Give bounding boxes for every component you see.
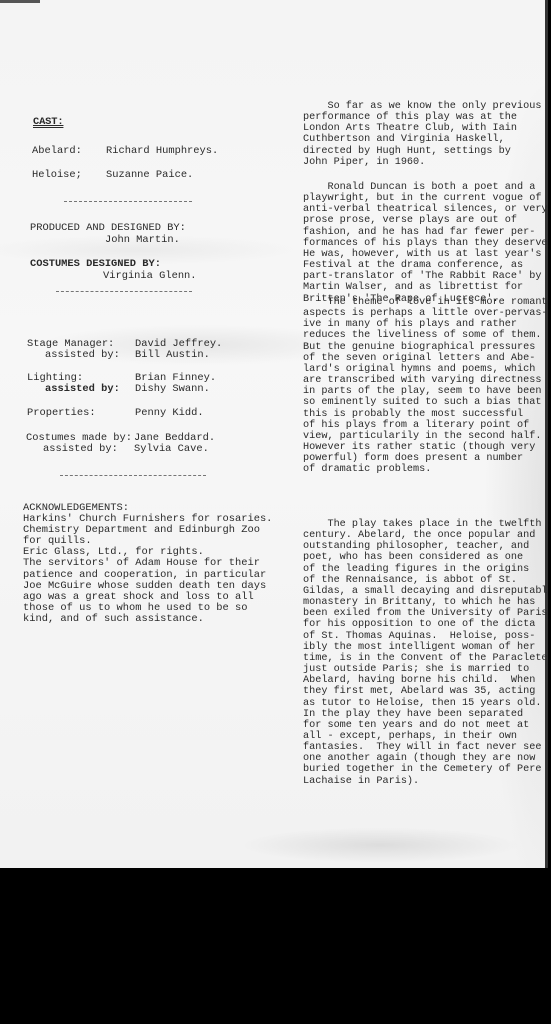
notes-line: But the genuine biographical pressures: [303, 342, 548, 353]
notes-line: of St. Thomas Aquinas. Heloise, poss-: [303, 631, 548, 642]
notes-line: Ronald Duncan is both a poet and a: [303, 182, 548, 193]
notes-line: Gildas, a small decaying and disreputabl…: [303, 586, 548, 597]
notes-line: anti-verbal theatrical silences, or very: [303, 204, 548, 215]
notes-line: Festival at the drama conference, as: [303, 260, 548, 271]
costumes-label: COSTUMES DESIGNED BY:: [30, 259, 161, 270]
crew-role: assisted by:: [45, 384, 120, 395]
notes-line: ive in many of his plays and rather: [303, 319, 548, 330]
notes-line: In the play they have been separated: [303, 709, 548, 720]
separator: [60, 475, 206, 476]
notes-line: He was, however, with us at last year's: [303, 249, 548, 260]
crew-name: Penny Kidd.: [135, 408, 204, 419]
page-edge: [0, 0, 40, 3]
notes-line: Martin Walser, and as librettist for: [303, 282, 548, 293]
notes-line: view, particularily in the second half.: [303, 431, 548, 442]
cast-role: Heloise;: [32, 170, 82, 181]
notes-line: they first met, Abelard was 35, acting: [303, 686, 548, 697]
costumes-name: Virginia Glenn.: [103, 271, 197, 282]
crew-role: Properties:: [27, 408, 96, 419]
notes-line: so eminently suited to such a bias that: [303, 397, 548, 408]
acknowledgement-line: The servitors' of Adam House for their: [23, 558, 272, 569]
notes-line: are transcribed with varying directness: [303, 375, 548, 386]
notes-line: century. Abelard, the once popular and: [303, 530, 548, 541]
crew-name: Sylvia Cave.: [134, 444, 209, 455]
cast-actor: Suzanne Paice.: [106, 170, 193, 181]
cast-role: Abelard:: [32, 146, 82, 157]
acknowledgement-line: kind, and of such assistance.: [23, 614, 272, 625]
notes-paragraph: Ronald Duncan is both a poet and aplaywr…: [303, 182, 548, 305]
notes-line: Abelard, having borne his child. When: [303, 675, 548, 686]
cast-actor: Richard Humphreys.: [106, 146, 218, 157]
notes-paragraph: The theme of love in its more romanticas…: [303, 297, 548, 476]
notes-paragraph: The play takes place in the twelfthcentu…: [303, 519, 548, 787]
notes-line: lard's original hymns and poems, which: [303, 364, 548, 375]
notes-line: time, is in the Convent of the Paraclete: [303, 653, 548, 664]
notes-line: reduces the liveliness of some of them.: [303, 330, 548, 341]
notes-line: London Arts Theatre Club, with Iain: [303, 123, 548, 134]
cast-heading: CAST:: [33, 117, 63, 128]
notes-line: ibly the most intelligent woman of her: [303, 642, 548, 653]
crew-name: Bill Austin.: [135, 350, 210, 361]
notes-paragraph: So far as we know the only previousperfo…: [303, 101, 548, 168]
notes-line: performance of this play was at the: [303, 112, 548, 123]
acknowledgement-line: patience and cooperation, in particular: [23, 570, 272, 581]
notes-line: The theme of love in its more romantic: [303, 297, 548, 308]
notes-line: this is probably the most successful: [303, 409, 548, 420]
crew-name: Dishy Swann.: [135, 384, 210, 395]
notes-line: directed by Hugh Hunt, settings by: [303, 146, 548, 157]
notes-line: one another again (though they are now: [303, 753, 548, 764]
separator: [64, 201, 192, 202]
notes-line: for his opposition to one of the dicta: [303, 619, 548, 630]
notes-line: buried together in the Cemetery of Pere: [303, 764, 548, 775]
notes-line: powerful) form does present a number: [303, 453, 548, 464]
crew-role: assisted by:: [43, 444, 118, 455]
notes-line: of dramatic problems.: [303, 464, 548, 475]
notes-line: just outside Paris; she is married to: [303, 664, 548, 675]
notes-line: as tutor to Heloise, then 15 years old.: [303, 698, 548, 709]
notes-line: part-translator of 'The Rabbit Race' by: [303, 271, 548, 282]
notes-line: outstanding philosopher, teacher, and: [303, 541, 548, 552]
produced-name: John Martin.: [105, 235, 180, 246]
notes-line: poet, who has been considered as one: [303, 552, 548, 563]
notes-line: Cuthbertson and Virginia Haskell,: [303, 134, 548, 145]
produced-label: PRODUCED AND DESIGNED BY:: [30, 223, 186, 234]
separator: [56, 291, 192, 292]
notes-line: The play takes place in the twelfth: [303, 519, 548, 530]
notes-line: in parts of the play, seem to have been: [303, 386, 548, 397]
notes-line: monastery in Brittany, to which he has: [303, 597, 548, 608]
notes-line: fantasies. They will in fact never see: [303, 742, 548, 753]
notes-line: for some ten years and do not meet at: [303, 720, 548, 731]
notes-line: of the leading figures in the origins: [303, 564, 548, 575]
notes-line: of the Rennaisance, is abbot of St.: [303, 575, 548, 586]
notes-line: aspects is perhaps a little over-pervas-: [303, 308, 548, 319]
crew-role: assisted by:: [45, 350, 120, 361]
notes-line: all - except, perhaps, in their own: [303, 731, 548, 742]
notes-line: of the seven original letters and Abe-: [303, 353, 548, 364]
acknowledgements: ACKNOWLEDGEMENTS: Harkins' Church Furnis…: [23, 503, 272, 625]
notes-line: formances of his plays than they deserve…: [303, 238, 548, 249]
notes-line: So far as we know the only previous: [303, 101, 548, 112]
notes-line: been exiled from the University of Paris: [303, 608, 548, 619]
notes-line: of his plays from a literary point of: [303, 420, 548, 431]
notes-line: prose prose, verse plays are out of: [303, 215, 548, 226]
notes-line: John Piper, in 1960.: [303, 157, 548, 168]
notes-line: playwright, but in the current vogue of: [303, 193, 548, 204]
notes-line: However its rather static (though very: [303, 442, 548, 453]
notes-line: Lachaise in Paris).: [303, 776, 548, 787]
notes-line: fashion, and he has had far fewer per-: [303, 227, 548, 238]
programme-page: CAST: Abelard: Richard Humphreys. Helois…: [0, 0, 548, 868]
